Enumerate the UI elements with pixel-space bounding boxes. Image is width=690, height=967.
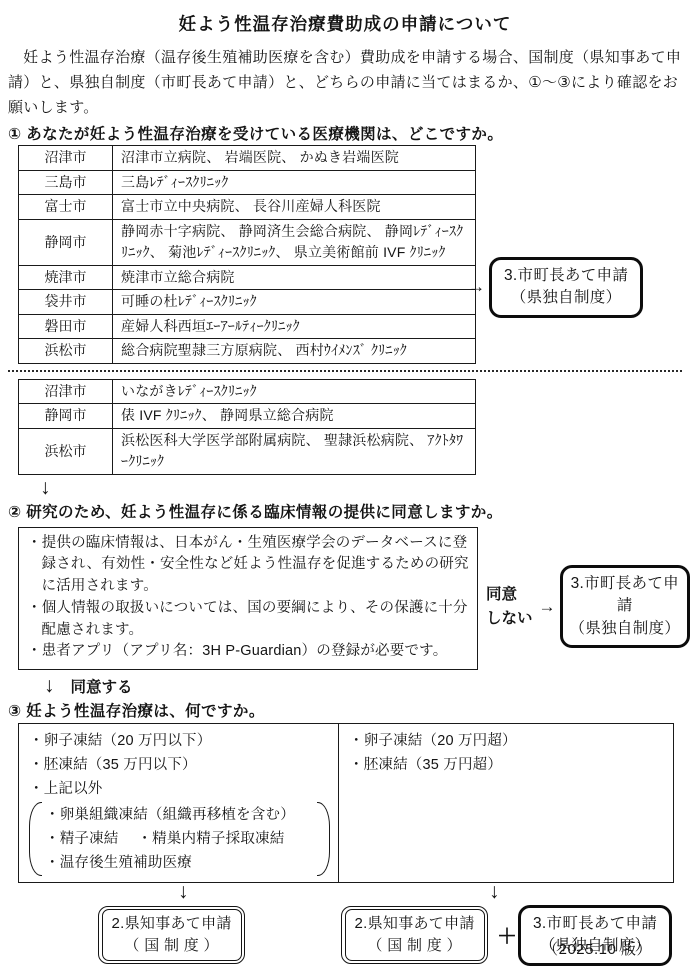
governor-application-box: 2.県知事あて申請 （ 国 制 度 ） — [98, 906, 245, 965]
treatment-item: ・卵子凍結（20 万円超） — [349, 729, 665, 753]
city-cell: 富士市 — [19, 195, 113, 220]
clinics-cell: 沼津市立病院、 岩端医院、 かぬき岩端医院 — [113, 146, 476, 171]
result-line2: （ 国 制 度 ） — [112, 935, 232, 957]
clinics-cell: 産婦人科西垣ｴｰｱｰﾙﾃｨｰｸﾘﾆｯｸ — [113, 314, 476, 339]
result-line1: 3.市町長あて申請 — [533, 913, 657, 935]
governor-application-box-inner: 2.県知事あて申請 （ 国 制 度 ） — [345, 909, 485, 961]
city-cell: 磐田市 — [19, 314, 113, 339]
disagree-label: 同意 しない — [486, 583, 533, 631]
arrow-right-icon: → — [539, 597, 556, 617]
consent-bullet: ・個人情報の取扱いについては、国の要綱により、その保護に十分配慮されます。 — [27, 598, 469, 642]
table-row: ・卵子凍結（20 万円以下） ・胚凍結（35 万円以下） ・上記以外 ・卵巣組織… — [19, 723, 674, 882]
table-row: 浜松市 浜松医科大学医学部附属病院、 聖隷浜松病院、 ｱｸﾄﾀﾜｰｸﾘﾆｯｸ — [19, 428, 476, 474]
arrow-down-icon: ↓ — [178, 880, 189, 904]
clinics-cell: 俵 IVF ｸﾘﾆｯｸ、 静岡県立総合病院 — [113, 404, 476, 429]
table-row: 袋井市 可睡の杜ﾚﾃﾞｨｰｽｸﾘﾆｯｸ — [19, 290, 476, 315]
treatment-table: ・卵子凍結（20 万円以下） ・胚凍結（35 万円以下） ・上記以外 ・卵巣組織… — [18, 723, 674, 883]
municipal-callout-box: 3.市町長あて申請 （県独自制度） — [489, 257, 643, 318]
intro-paragraph: 妊よう性温存治療（温存後生殖補助医療を含む）費助成を申請する場合、国制度（県知事… — [8, 45, 682, 121]
clinics-cell: 浜松医科大学医学部附属病院、 聖隷浜松病院、 ｱｸﾄﾀﾜｰｸﾘﾆｯｸ — [113, 428, 476, 474]
clinic-table-top: 沼津市 沼津市立病院、 岩端医院、 かぬき岩端医院 三島市 三島ﾚﾃﾞｨｰｽｸﾘ… — [18, 145, 476, 364]
q1-callout: → 3.市町長あて申請 （県独自制度） — [468, 257, 643, 318]
table-row: 静岡市 静岡赤十字病院、 静岡済生会総合病院、 静岡ﾚﾃﾞｨｰｽｸﾘﾆｯｸ、 菊… — [19, 219, 476, 265]
q2-callout: 同意 しない → 3.市町長あて申請 （県独自制度） — [486, 565, 690, 648]
callout-line1: 3.市町長あて申請 — [504, 265, 628, 287]
city-cell: 静岡市 — [19, 219, 113, 265]
arrow-down-icon: ↓ — [44, 674, 55, 697]
treatment-item: ・卵子凍結（20 万円以下） — [29, 729, 330, 753]
disagree-line2: しない — [486, 607, 533, 631]
document-page: 妊よう性温存治療費助成の申請について 妊よう性温存治療（温存後生殖補助医療を含む… — [0, 0, 690, 967]
city-cell: 静岡市 — [19, 404, 113, 429]
result-line2: （ 国 制 度 ） — [355, 935, 475, 957]
arrow-down-icon: ↓ — [40, 476, 682, 499]
city-cell: 三島市 — [19, 170, 113, 195]
city-cell: 浜松市 — [19, 428, 113, 474]
clinics-cell: 静岡赤十字病院、 静岡済生会総合病院、 静岡ﾚﾃﾞｨｰｽｸﾘﾆｯｸ、 菊池ﾚﾃﾞ… — [113, 219, 476, 265]
clinic-table-bottom: 沼津市 いながきﾚﾃﾞｨｰｽｸﾘﾆｯｸ 静岡市 俵 IVF ｸﾘﾆｯｸ、 静岡県… — [18, 379, 476, 475]
table-row: 三島市 三島ﾚﾃﾞｨｰｽｸﾘﾆｯｸ — [19, 170, 476, 195]
table-row: 沼津市 沼津市立病院、 岩端医院、 かぬき岩端医院 — [19, 146, 476, 171]
dotted-separator — [8, 370, 682, 372]
table-row: 富士市 富士市立中央病院、 長谷川産婦人科医院 — [19, 195, 476, 220]
clinics-cell: 総合病院聖隷三方原病院、 西村ｳｲﾒﾝｽﾞ ｸﾘﾆｯｸ — [113, 339, 476, 364]
clinics-cell: 焼津市立総合病院 — [113, 265, 476, 290]
table-row: 焼津市 焼津市立総合病院 — [19, 265, 476, 290]
callout-line2: （県独自制度） — [504, 287, 628, 309]
page-title: 妊よう性温存治療費助成の申請について — [8, 11, 682, 36]
consent-info-box: ・提供の臨床情報は、日本がん・生殖医療学会のデータベースに登録され、有効性・安全… — [18, 527, 478, 671]
treatment-cell-left: ・卵子凍結（20 万円以下） ・胚凍結（35 万円以下） ・上記以外 ・卵巣組織… — [19, 723, 339, 882]
table-row: 浜松市 総合病院聖隷三方原病院、 西村ｳｲﾒﾝｽﾞ ｸﾘﾆｯｸ — [19, 339, 476, 364]
treatment-cell-right: ・卵子凍結（20 万円超） ・胚凍結（35 万円超） — [339, 723, 674, 882]
paren-group: ・卵巣組織凍結（組織再移植を含む） ・精子凍結 ・精巣内精子採取凍結 ・温存後生… — [29, 802, 330, 876]
result-arrows: ↓ ↓ — [8, 883, 682, 904]
city-cell: 沼津市 — [19, 379, 113, 404]
table-row: 沼津市 いながきﾚﾃﾞｨｰｽｸﾘﾆｯｸ — [19, 379, 476, 404]
treatment-item: ・上記以外 — [29, 777, 330, 801]
disagree-line1: 同意 — [486, 583, 533, 607]
city-cell: 焼津市 — [19, 265, 113, 290]
callout-line1: 3.市町長あて申請 — [570, 573, 680, 618]
treatment-item: ・温存後生殖補助医療 — [45, 851, 314, 875]
governor-application-box-inner: 2.県知事あて申請 （ 国 制 度 ） — [102, 909, 242, 961]
consent-bullet: ・提供の臨床情報は、日本がん・生殖医療学会のデータベースに登録され、有効性・安全… — [27, 533, 469, 598]
agree-label: 同意する — [71, 675, 133, 697]
treatment-item: ・胚凍結（35 万円以下） — [29, 753, 330, 777]
clinics-cell: いながきﾚﾃﾞｨｰｽｸﾘﾆｯｸ — [113, 379, 476, 404]
question3-heading: ③ 妊よう性温存治療は、何ですか。 — [8, 701, 682, 723]
clinics-cell: 可睡の杜ﾚﾃﾞｨｰｽｸﾘﾆｯｸ — [113, 290, 476, 315]
arrow-right-icon: → — [468, 277, 485, 297]
arrow-down-icon: ↓ — [489, 880, 500, 904]
question1-heading: ① あなたが妊よう性温存治療を受けている医療機関は、どこですか。 — [8, 124, 682, 146]
table-row: 磐田市 産婦人科西垣ｴｰｱｰﾙﾃｨｰｸﾘﾆｯｸ — [19, 314, 476, 339]
version-label: （2025.10 版） — [543, 938, 652, 959]
treatment-item: ・胚凍結（35 万円超） — [349, 753, 665, 777]
agree-row: ↓ 同意する — [44, 674, 682, 698]
question2-heading: ② 研究のため、妊よう性温存に係る臨床情報の提供に同意しますか。 — [8, 502, 682, 524]
result-line1: 2.県知事あて申請 — [355, 913, 475, 935]
municipal-callout-box: 3.市町長あて申請 （県独自制度） — [560, 565, 690, 648]
callout-line2: （県独自制度） — [570, 618, 680, 640]
table-row: 静岡市 俵 IVF ｸﾘﾆｯｸ、 静岡県立総合病院 — [19, 404, 476, 429]
plus-sign: ＋ — [497, 920, 517, 949]
city-cell: 袋井市 — [19, 290, 113, 315]
governor-application-box: 2.県知事あて申請 （ 国 制 度 ） — [341, 906, 488, 965]
consent-bullet: ・患者アプリ（アプリ名：3H P-Guardian）の登録が必要です。 — [27, 641, 469, 663]
city-cell: 浜松市 — [19, 339, 113, 364]
result-line1: 2.県知事あて申請 — [112, 913, 232, 935]
clinics-cell: 三島ﾚﾃﾞｨｰｽｸﾘﾆｯｸ — [113, 170, 476, 195]
clinics-cell: 富士市立中央病院、 長谷川産婦人科医院 — [113, 195, 476, 220]
city-cell: 沼津市 — [19, 146, 113, 171]
treatment-item: ・精子凍結 ・精巣内精子採取凍結 — [45, 827, 314, 851]
treatment-item: ・卵巣組織凍結（組織再移植を含む） — [45, 803, 314, 827]
